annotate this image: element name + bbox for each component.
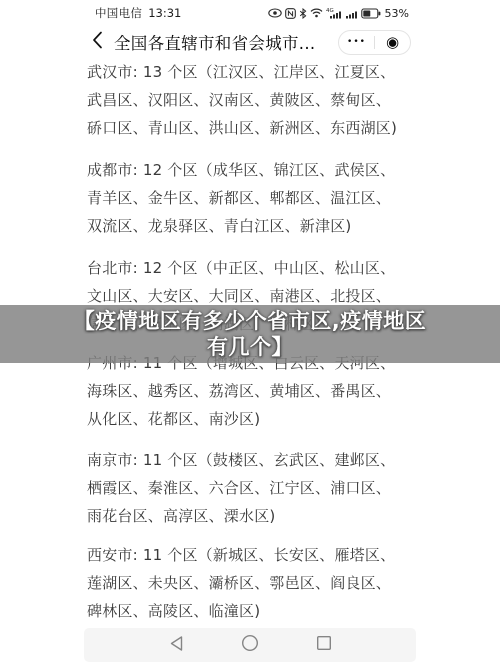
status-bar: 中国电信 13:31 [85, 4, 415, 22]
back-chevron-icon [92, 31, 103, 53]
city-line: 青羊区、金牛区、新都区、郫都区、温江区、 [87, 184, 419, 212]
city-line: 成都市: 12 个区（成华区、锦江区、武侯区、 [87, 156, 419, 184]
android-recents-button[interactable] [314, 635, 334, 655]
page-title: 全国各直辖市和省会城市... [114, 30, 315, 54]
battery-icon [361, 8, 381, 19]
nav-bar: 全国各直辖市和省会城市... ••• ◉ [85, 27, 415, 57]
city-line: 栖霞区、秦淮区、六合区、江宁区、浦口区、 [87, 474, 419, 502]
overlay-title-banner: 【疫情地区有多少个省市区,疫情地区 有几个】 [0, 305, 500, 363]
city-line: 双流区、龙泉驿区、青白江区、新津区) [87, 212, 419, 240]
city-line: 硚口区、青山区、洪山区、新洲区、东西湖区) [87, 114, 419, 142]
city-line: 武昌区、汉阳区、汉南区、黄陂区、蔡甸区、 [87, 86, 419, 114]
city-line: 台北市: 12 个区（中正区、中山区、松山区、 [87, 254, 419, 282]
city-line: 雨花台区、高淳区、溧水区) [87, 502, 419, 530]
android-home-button[interactable] [240, 635, 260, 655]
overlay-title-line1: 【疫情地区有多少个省市区,疫情地区 [74, 308, 426, 334]
signal-icon [345, 7, 358, 19]
screenshot-canvas: 中国电信 13:31 [0, 0, 500, 666]
signal-4g-icon: 4G [326, 7, 342, 19]
city-line: 碑林区、高陵区、临潼区) [87, 597, 419, 625]
recents-square-icon [316, 635, 332, 655]
android-back-button[interactable] [166, 635, 186, 655]
capsule-target-icon[interactable]: ◉ [375, 31, 410, 54]
status-time: 13:31 [148, 6, 181, 20]
city-line: 武汉市: 13 个区（江汉区、江岸区、江夏区、 [87, 58, 419, 86]
miniprogram-capsule: ••• ◉ [338, 30, 411, 55]
more-dots-icon[interactable]: ••• [339, 31, 374, 54]
eye-icon [268, 8, 282, 18]
bluetooth-icon [299, 8, 307, 19]
overlay-title-line2: 有几个】 [207, 334, 293, 360]
back-button[interactable] [87, 30, 107, 54]
battery-percent-label: 53% [385, 7, 409, 20]
back-triangle-icon [169, 635, 184, 656]
carrier-label: 中国电信 [95, 5, 142, 21]
wifi-icon [310, 8, 323, 18]
city-line: 莲湖区、未央区、灞桥区、鄠邑区、阎良区、 [87, 569, 419, 597]
nfc-icon [285, 8, 296, 19]
home-circle-icon [241, 634, 259, 656]
city-line: 海珠区、越秀区、荔湾区、黄埔区、番禺区、 [87, 377, 419, 405]
city-line: 南京市: 11 个区（鼓楼区、玄武区、建邺区、 [87, 446, 419, 474]
android-nav-bar [84, 628, 416, 662]
city-line: 西安市: 11 个区（新城区、长安区、雁塔区、 [87, 541, 419, 569]
status-icons: 4G [268, 7, 409, 20]
svg-text:4G: 4G [326, 8, 334, 14]
city-line: 从化区、花都区、南沙区) [87, 405, 419, 433]
